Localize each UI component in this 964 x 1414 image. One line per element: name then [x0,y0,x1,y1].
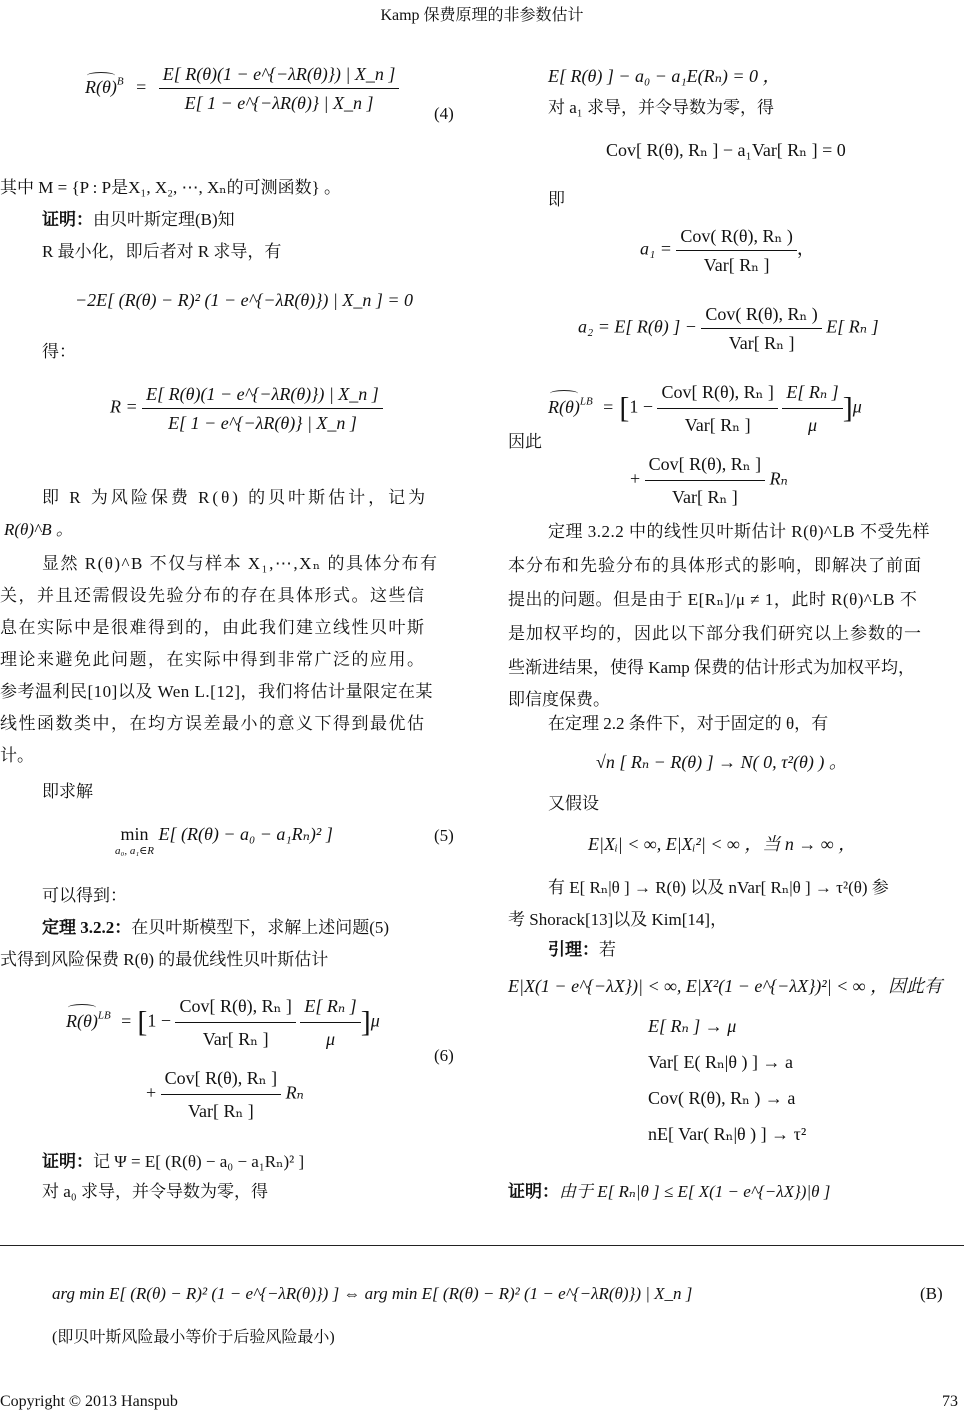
paragraph-bayes-line1: 即 R 为风险保费 R(θ) 的贝叶斯估计，记为 [42,486,428,510]
where-M-text: 其中 M = {P : P是X₁, X₂, ⋯, Xₙ的可测函数} 。 [0,176,341,200]
assume-equation: E|Xᵢ| < ∞, E|Xᵢ²| < ∞ ，当 n → ∞ ， [588,832,856,856]
equation-number: (B) [920,1284,943,1304]
page-number: 73 [942,1393,958,1411]
estimator-symbol: R(θ) [85,75,117,99]
footnote-note: (即贝叶斯风险最小等价于后验风险最小) [52,1326,335,1350]
footnote-divider [0,1245,964,1246]
eq4-fraction: E[ R(θ)(1 − e^{−λR(θ)}) | X_n ] E[ 1 − e… [159,62,400,115]
a1-result-equation: Cov[ R(θ), Rₙ ] − a₁Var[ Rₙ ] = 0 [606,138,846,162]
copyright: Copyright © 2013 Hanspub [0,1393,178,1411]
equation-number: (4) [434,104,454,124]
solve-label: 即求解 [42,780,93,804]
obtain-label: 可以得到： [42,884,127,908]
convergence-text-line2: 考 Shorack[13]以及 Kim[14]， [508,908,727,932]
equation-5: min a₀, a₁∈R E[ (R(θ) − a₀ − a₁Rₙ)² ] [115,822,333,856]
equation-6-line2: + Cov[ R(θ), Rₙ ] Var[ Rₙ ] Rₙ [146,1064,304,1125]
derivative-a1-text: 对 a₁ 求导，并令导数为零，得 [548,96,774,120]
therefore-label: 因此 [508,430,542,454]
proof-1: 证明：由贝叶斯定理(B)知 [42,208,235,232]
lemma-label: 引理： [548,940,599,959]
a1-equation: a₁ = Cov( R(θ), Rₙ ) Var[ Rₙ ] ， [640,224,815,277]
theorem-3-2-2: 定理 3.2.2：在贝叶斯模型下，求解上述问题(5) [42,916,389,940]
convergence-text-line1: 有 E[ Rₙ|θ ] → R(θ) 以及 nVar[ Rₙ|θ ] → τ²(… [548,876,889,900]
proof-3: 证明：由于 E[ Rₙ|θ ] ≤ E[ X(1 − e^{−λX})|θ ] [508,1180,830,1204]
clt-equation: √n [ Rₙ − R(θ) ] → N( 0, τ²(θ) ) 。 [596,750,847,774]
assume-label: 又假设 [548,792,599,816]
footnote-equation-B: arg min E[ (R(θ) − R)² (1 − e^{−λR(θ)}) … [52,1282,692,1306]
running-header: Kamp 保费原理的非参数估计 [0,2,964,25]
theorem-label: 定理 3.2.2： [42,918,131,937]
proof-label: 证明： [42,210,93,229]
theorem-text-line2: 式得到风险保费 R(θ) 的最优线性贝叶斯估计 [0,948,328,972]
equation-6-line1: R(θ)LB =[1 − Cov[ R(θ), Rₙ ] Var[ Rₙ ] E… [66,992,380,1053]
lemma-condition: E|X(1 − e^{−λX})| < ∞, E|X²(1 − e^{−λX})… [508,974,942,998]
derivative-a0-text: 对 a₀ 求导，并令导数为零，得 [42,1180,268,1204]
namely-label: 即 [548,188,565,212]
a0-result-equation: E[ R(θ) ] − a₀ − a₁E(Rₙ) = 0 ， [548,64,781,88]
theorem-2-2-text: 在定理 2.2 条件下，对于固定的 θ，有 [548,712,828,736]
equation-number: (6) [434,1046,454,1066]
equation-number: (5) [434,826,454,846]
get-label: 得： [42,340,76,364]
proof-2: 证明：记 Ψ = E[ (R(θ) − a₀ − a₁Rₙ)² ] [42,1150,304,1174]
lemma: 引理：若 [548,938,616,962]
equation-4: R(θ)B = E[ R(θ)(1 − e^{−λR(θ)}) | X_n ] … [85,62,399,115]
lb-equation-line2: + Cov[ R(θ), Rₙ ] Var[ Rₙ ] Rₙ [630,450,788,511]
paragraph-bayes-line2: R(θ)^B 。 [4,518,73,542]
a2-equation: a₂ = E[ R(θ) ] − Cov( R(θ), Rₙ ) Var[ Rₙ… [578,302,879,355]
lb-equation-line1: R(θ)LB =[1 − Cov[ R(θ), Rₙ ] Var[ Rₙ ] E… [548,378,862,439]
derivative-equation: −2E[ (R(θ) − R)² (1 − e^{−λR(θ)}) | X_n … [75,288,413,312]
minimize-text: R 最小化，即后者对 R 求导，有 [42,240,281,264]
R-equation: R = E[ R(θ)(1 − e^{−λR(θ)}) | X_n ] E[ 1… [110,382,383,435]
